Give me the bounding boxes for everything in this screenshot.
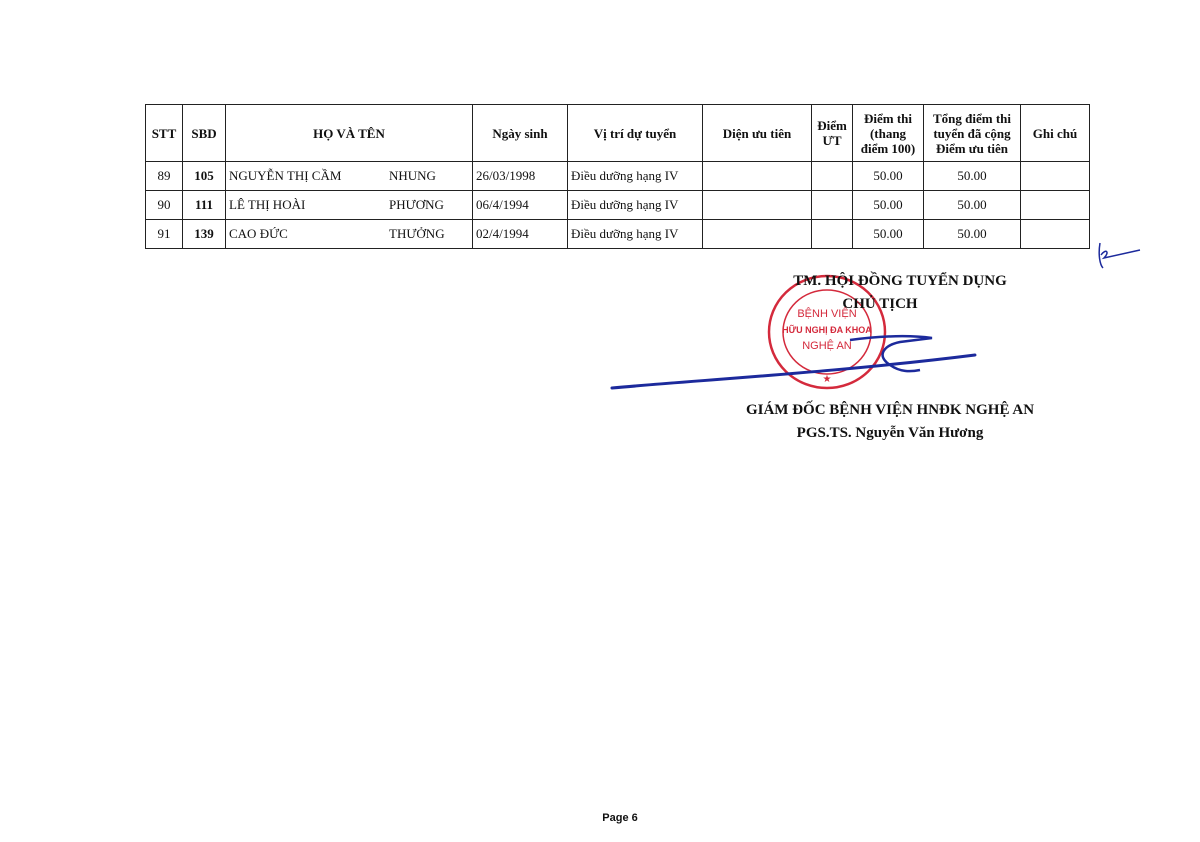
header-position: Vị trí dự tuyển <box>568 105 703 162</box>
cell-sbd: 111 <box>183 191 226 220</box>
cell-priority <box>703 162 812 191</box>
cell-stt: 91 <box>146 220 183 249</box>
table-row: 90111LÊ THỊ HOÀIPHƯƠNG06/4/1994Điều dưỡn… <box>146 191 1090 220</box>
cell-note <box>1021 162 1090 191</box>
first-name: NHUNG <box>389 168 436 183</box>
cell-sbd: 105 <box>183 162 226 191</box>
page-number: Page 6 <box>580 812 660 824</box>
first-name: THƯỞNG <box>389 226 445 241</box>
cell-stt: 89 <box>146 162 183 191</box>
svg-text:★: ★ <box>823 374 832 385</box>
signer-name: PGS.TS. Nguyễn Văn Hương <box>700 425 1080 442</box>
signer-title: GIÁM ĐỐC BỆNH VIỆN HNĐK NGHỆ AN <box>700 402 1080 419</box>
header-name: HỌ VÀ TÊN <box>226 105 473 162</box>
cell-position: Điều dưỡng hạng IV <box>568 162 703 191</box>
cell-total: 50.00 <box>924 162 1021 191</box>
cell-priority <box>703 220 812 249</box>
header-score: Điểm thi (thang điểm 100) <box>853 105 924 162</box>
cell-priority <box>703 191 812 220</box>
cell-dob: 02/4/1994 <box>473 220 568 249</box>
cell-note <box>1021 191 1090 220</box>
cell-priority-points <box>812 162 853 191</box>
chairman-label: CHỦ TỊCH <box>780 296 980 313</box>
header-priority: Diện ưu tiên <box>703 105 812 162</box>
document-page: STT SBD HỌ VÀ TÊN Ngày sinh Vị trí dự tu… <box>0 0 1200 842</box>
cell-score: 50.00 <box>853 191 924 220</box>
cell-sbd: 139 <box>183 220 226 249</box>
cell-dob: 26/03/1998 <box>473 162 568 191</box>
cell-position: Điều dưỡng hạng IV <box>568 191 703 220</box>
svg-text:NGHỆ AN: NGHỆ AN <box>802 339 852 352</box>
header-dob: Ngày sinh <box>473 105 568 162</box>
cell-score: 50.00 <box>853 220 924 249</box>
header-total: Tổng điểm thi tuyển đã cộng Điểm ưu tiên <box>924 105 1021 162</box>
svg-text:HỮU NGHỊ ĐA KHOA: HỮU NGHỊ ĐA KHOA <box>782 325 872 335</box>
last-middle-name: NGUYỄN THỊ CẦM <box>229 168 389 184</box>
cell-total: 50.00 <box>924 220 1021 249</box>
results-table: STT SBD HỌ VÀ TÊN Ngày sinh Vị trí dự tu… <box>145 104 1090 249</box>
last-middle-name: LÊ THỊ HOÀI <box>229 197 389 213</box>
cell-stt: 90 <box>146 191 183 220</box>
last-middle-name: CAO ĐỨC <box>229 226 389 242</box>
cell-priority-points <box>812 191 853 220</box>
cell-name: LÊ THỊ HOÀIPHƯƠNG <box>226 191 473 220</box>
cell-name: CAO ĐỨCTHƯỞNG <box>226 220 473 249</box>
cell-note <box>1021 220 1090 249</box>
cell-name: NGUYỄN THỊ CẦMNHUNG <box>226 162 473 191</box>
cell-position: Điều dưỡng hạng IV <box>568 220 703 249</box>
header-sbd: SBD <box>183 105 226 162</box>
table-row: 89105NGUYỄN THỊ CẦMNHUNG26/03/1998Điều d… <box>146 162 1090 191</box>
cell-score: 50.00 <box>853 162 924 191</box>
first-name: PHƯƠNG <box>389 197 444 212</box>
header-stt: STT <box>146 105 183 162</box>
header-priority-points: Điểm ƯT <box>812 105 853 162</box>
cell-dob: 06/4/1994 <box>473 191 568 220</box>
cell-priority-points <box>812 220 853 249</box>
table-row: 91139CAO ĐỨCTHƯỞNG02/4/1994Điều dưỡng hạ… <box>146 220 1090 249</box>
council-label: TM. HỘI ĐỒNG TUYỂN DỤNG <box>740 273 1060 290</box>
header-note: Ghi chú <box>1021 105 1090 162</box>
table-header-row: STT SBD HỌ VÀ TÊN Ngày sinh Vị trí dự tu… <box>146 105 1090 162</box>
cell-total: 50.00 <box>924 191 1021 220</box>
